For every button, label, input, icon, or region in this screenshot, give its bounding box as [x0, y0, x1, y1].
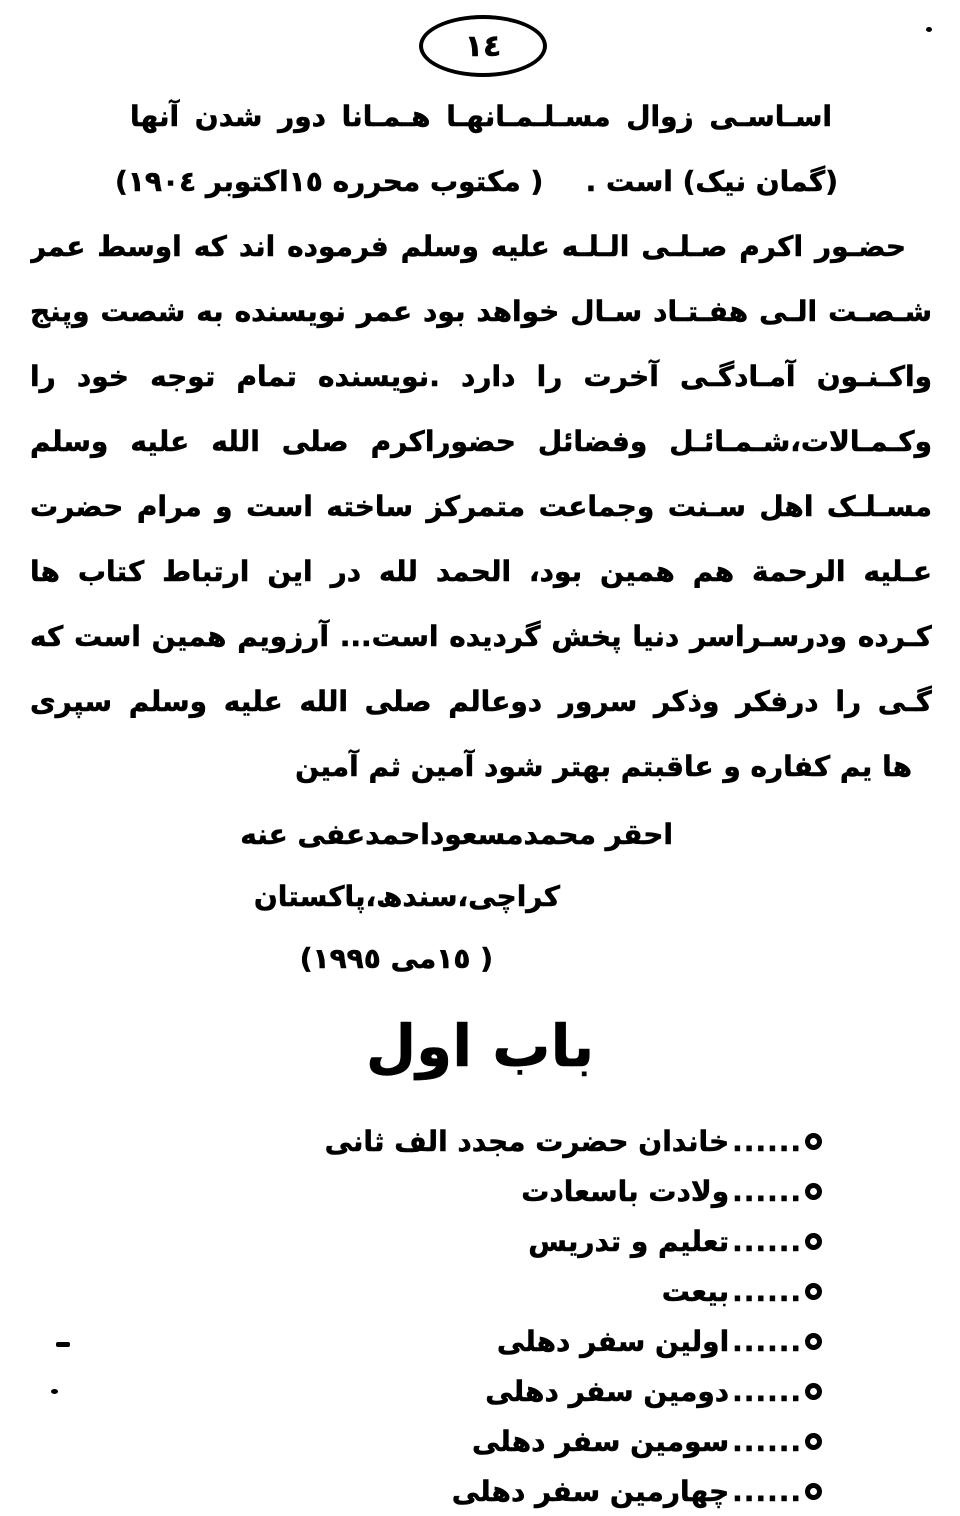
- dot-leader: ......: [732, 1275, 802, 1308]
- dot-leader: ......: [732, 1375, 802, 1408]
- scanned-book-page: ١٤ اسـاسـی زوال مسـلـمـانهـا هـمـانا دور…: [0, 0, 960, 1516]
- toc-item-label: اولین سفر دهلی: [497, 1325, 729, 1358]
- signature-date: ( ١٥می ١٩٩٥): [300, 942, 493, 975]
- paragraph-line: ها یم کفاره و عاقبتم بهتر شود آمین ثم آم…: [30, 734, 932, 799]
- dot-leader: ......: [732, 1125, 802, 1158]
- toc-item-label: خاندان حضرت مجدد الف ثانی: [325, 1125, 730, 1158]
- dot-leader: ......: [732, 1175, 802, 1208]
- toc-item: ...... ولادت باسعادت: [60, 1166, 822, 1216]
- paragraph-line: (گمان نیک) است . ( مکتوب محرره ١٥اکتوبر …: [30, 149, 932, 214]
- dot-leader: ......: [732, 1425, 802, 1458]
- toc-item-label: دومین سفر دهلی: [485, 1375, 729, 1408]
- paragraph-line: کـرده ودرسـراسر دنیا پخش گردیده است... آ…: [30, 604, 932, 669]
- toc-item-label: تعلیم و تدریس: [528, 1225, 729, 1258]
- paragraph-line: عـلیه الرحمة هم همین بود، الحمد لله در ا…: [30, 539, 932, 604]
- circle-bullet-icon: [805, 1483, 822, 1500]
- toc-item-label: سومین سفر دهلی: [472, 1425, 729, 1458]
- table-of-contents: ...... خاندان حضرت مجدد الف ثانی ...... …: [60, 1116, 822, 1516]
- toc-item: ...... تعلیم و تدریس: [60, 1216, 822, 1266]
- paragraph-line: مسـلـک اهل سـنت وجماعت متمرکز ساخته است …: [30, 474, 932, 539]
- circle-bullet-icon: [805, 1133, 822, 1150]
- circle-bullet-icon: [805, 1183, 822, 1200]
- toc-item-label: بیعت: [662, 1275, 729, 1308]
- toc-item-label: چهارمین سفر دهلی: [452, 1475, 729, 1508]
- circle-bullet-icon: [805, 1283, 822, 1300]
- toc-item: ...... چهارمین سفر دهلی: [60, 1466, 822, 1516]
- signature-location: کراچی،سندھ،پاکستان: [254, 880, 560, 913]
- ink-speck: [51, 1389, 58, 1394]
- circle-bullet-icon: [805, 1433, 822, 1450]
- page-number: ١٤: [465, 29, 502, 64]
- toc-item-label: ولادت باسعادت: [521, 1175, 729, 1208]
- ink-speck: [926, 27, 932, 32]
- toc-item: ...... بیعت: [60, 1266, 822, 1316]
- quote-conclusion: (گمان نیک) است .: [586, 149, 838, 214]
- toc-item: ...... دومین سفر دهلی: [60, 1366, 822, 1416]
- toc-item: ...... خاندان حضرت مجدد الف ثانی: [60, 1116, 822, 1166]
- letter-reference: ( مکتوب محرره ١٥اکتوبر ١٩٠٤): [115, 149, 543, 214]
- circle-bullet-icon: [805, 1233, 822, 1250]
- page-number-oval: ١٤: [419, 15, 547, 77]
- dot-leader: ......: [732, 1475, 802, 1508]
- paragraph-line: گـی را درفکر وذکر سرور دوعالم صلی الله ع…: [30, 669, 932, 734]
- body-text: اسـاسـی زوال مسـلـمـانهـا هـمـانا دور شد…: [30, 84, 932, 799]
- paragraph-line: وکـمـالات،شـمـائـل وفضائل حضوراکرم صلی ا…: [30, 409, 932, 474]
- paragraph-line: واکـنـون آمـادگـی آخرت را دارد .نویسنده …: [30, 344, 932, 409]
- paragraph-line: شـصـت الـی هفـتـاد سـال خواهد بود عمر نو…: [30, 279, 932, 344]
- chapter-heading: باب اول: [0, 1012, 960, 1080]
- dot-leader: ......: [732, 1225, 802, 1258]
- toc-item: ...... اولین سفر دهلی: [60, 1316, 822, 1366]
- paragraph-line: اسـاسـی زوال مسـلـمـانهـا هـمـانا دور شد…: [30, 84, 932, 149]
- author-signature: احقر محمدمسعوداحمدعفی عنه: [240, 818, 673, 851]
- toc-item: ...... سومین سفر دهلی: [60, 1416, 822, 1466]
- circle-bullet-icon: [805, 1333, 822, 1350]
- paragraph-line: حضـور اکرم صـلـی الـلـه علیه وسلم فرموده…: [30, 214, 932, 279]
- dot-leader: ......: [732, 1325, 802, 1358]
- circle-bullet-icon: [805, 1383, 822, 1400]
